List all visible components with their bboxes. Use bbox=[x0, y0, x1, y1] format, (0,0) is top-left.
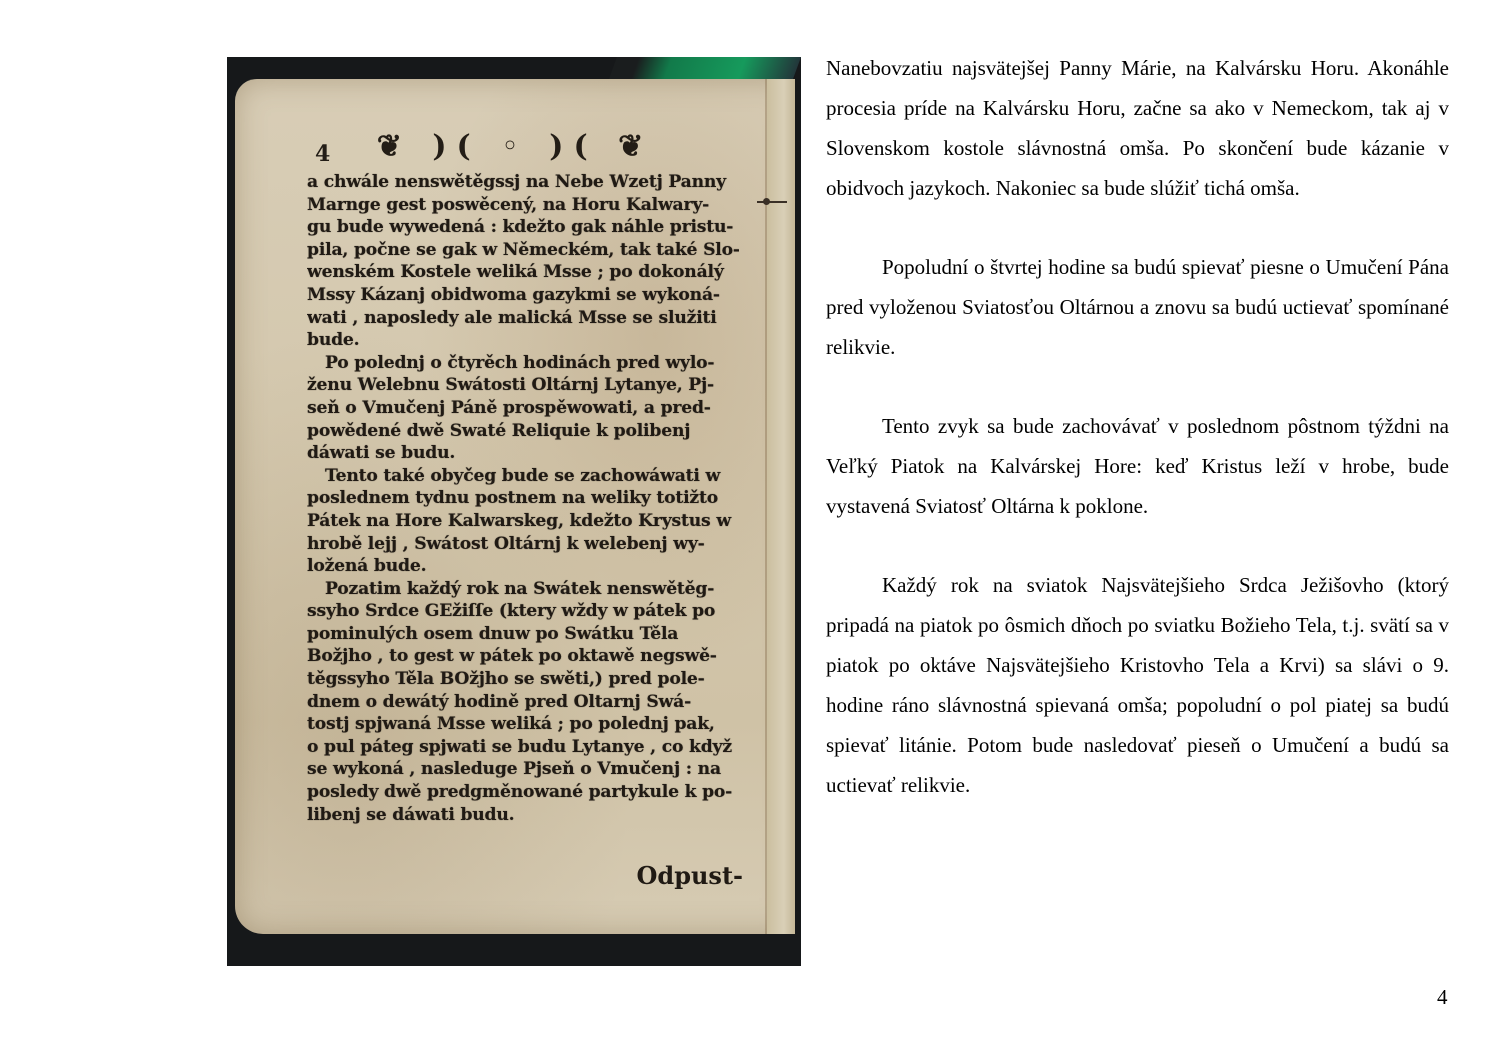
fraktur-line: ssyho Srdce GEžiſſe (ktery wždy w pátek … bbox=[307, 600, 739, 623]
page-number: 4 bbox=[1437, 985, 1448, 1010]
fraktur-line: poslednem tydnu postnem na weliky totižt… bbox=[307, 487, 739, 510]
fraktur-line: Pátek na Hore Kalwarskeg, kdežto Krystus… bbox=[307, 510, 739, 533]
scanned-page-image: 4 ❦ )( ◦ )( ❦ a chwále nenswětěgssj na N… bbox=[227, 57, 801, 966]
fraktur-line: seň o Vmučenj Páně prospěwowati, a pred- bbox=[307, 397, 739, 420]
fraktur-line: o pul páteg spjwati se budu Lytanye , co… bbox=[307, 736, 739, 759]
scan-bottom-border bbox=[227, 934, 801, 966]
facing-page-edge bbox=[767, 79, 795, 934]
catchword: Odpust- bbox=[637, 861, 743, 890]
margin-ink-mark bbox=[757, 201, 787, 203]
fraktur-line: wenském Kostele weliká Msse ; po dokonál… bbox=[307, 261, 739, 284]
fraktur-line: Po polednj o čtyrěch hodinách pred wylo- bbox=[307, 352, 739, 375]
fraktur-line: hrobě lejj , Swátost Oltárnj k welebenj … bbox=[307, 533, 739, 556]
fraktur-line: Pozatim každý rok na Swátek nenswětěg- bbox=[307, 578, 739, 601]
fraktur-line: a chwále nenswětěgssj na Nebe Wzetj Pann… bbox=[307, 171, 739, 194]
fraktur-line: posledy dwě predgměnowané partykule k po… bbox=[307, 781, 739, 804]
fraktur-line: Marnge gest poswěcený, na Horu Kalwary- bbox=[307, 194, 739, 217]
fraktur-line: wati , naposledy ale malická Msse se slu… bbox=[307, 307, 739, 330]
paragraph: Popoludní o štvrtej hodine sa budú spiev… bbox=[826, 247, 1449, 367]
fraktur-line: dáwati se budu. bbox=[307, 442, 739, 465]
paragraph: Nanebovzatiu najsvätejšej Panny Márie, n… bbox=[826, 48, 1449, 208]
paragraph: Každý rok na sviatok Najsvätejšieho Srdc… bbox=[826, 565, 1449, 805]
fraktur-line: tostj spjwaná Msse weliká ; po polednj p… bbox=[307, 713, 739, 736]
paper-page: 4 ❦ )( ◦ )( ❦ a chwále nenswětěgssj na N… bbox=[235, 79, 795, 934]
fraktur-line: libenj se dáwati budu. bbox=[307, 804, 739, 827]
fraktur-line: pila, počne se gak w Německém, tak také … bbox=[307, 239, 739, 262]
fraktur-line: powědené dwě Swaté Reliquie k polibenj bbox=[307, 420, 739, 443]
fraktur-line: pominulých osem dnuw po Swátku Těla bbox=[307, 623, 739, 646]
fraktur-text-block: a chwále nenswětěgssj na Nebe Wzetj Pann… bbox=[307, 171, 739, 826]
fraktur-line: těgssyho Těla BOžjho se swěti,) pred pol… bbox=[307, 668, 739, 691]
transcription-column: Nanebovzatiu najsvätejšej Panny Márie, n… bbox=[826, 48, 1449, 844]
fraktur-line: se wykoná , nasleduge Pjseň o Vmučenj : … bbox=[307, 758, 739, 781]
fraktur-line: dnem o dewátý hodině pred Oltarnj Swá- bbox=[307, 691, 739, 714]
fraktur-line: gu bude wywedená : kdežto gak náhle pris… bbox=[307, 216, 739, 239]
fraktur-line: Mssy Kázanj obidwoma gazykmi se wykoná- bbox=[307, 284, 739, 307]
fraktur-line: ženu Welebnu Swátosti Oltárnj Lytanye, P… bbox=[307, 374, 739, 397]
fraktur-line: bude. bbox=[307, 329, 739, 352]
header-ornament-icon: ❦ )( ◦ )( ❦ bbox=[235, 129, 795, 164]
fraktur-line: Božjho , to gest w pátek po oktawě negsw… bbox=[307, 645, 739, 668]
green-bookmark-strip bbox=[609, 57, 801, 79]
paragraph: Tento zvyk sa bude zachovávať v posledno… bbox=[826, 406, 1449, 526]
book-spine-line bbox=[765, 79, 767, 934]
fraktur-line: ložená bude. bbox=[307, 555, 739, 578]
fraktur-line: Tento také obyčeg bude se zachowáwati w bbox=[307, 465, 739, 488]
